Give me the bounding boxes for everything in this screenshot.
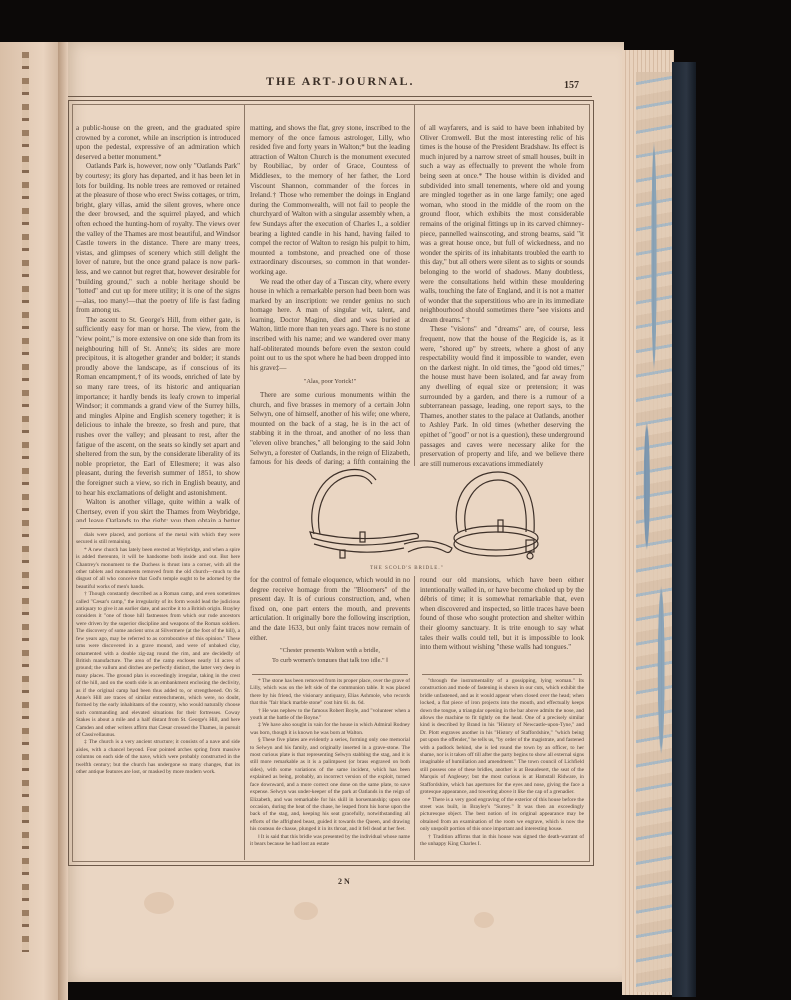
footnote: dials were placed, and portions of the m… — [76, 532, 240, 547]
column-right: of all wayfarers, and is said to have be… — [420, 124, 584, 468]
column-left: a public-house on the green, and the gra… — [76, 124, 240, 522]
footnotes-lower-right: "through the instrumentality of a gossip… — [420, 678, 584, 858]
footnote: * The stone has been removed from its pr… — [250, 678, 410, 708]
paragraph: There are some curious monuments within … — [250, 391, 410, 468]
paragraph: matting, and shows the flat, grey stone,… — [250, 124, 410, 278]
paragraph: round our old mansions, which have been … — [420, 576, 584, 653]
footnote: ‡ The church is a very ancient structure… — [76, 739, 240, 776]
header-rule — [68, 96, 592, 97]
footnote: ‡ We have also sought in vain for the ho… — [250, 722, 410, 737]
paragraph: These "visions" and "dreams" are, of cou… — [420, 325, 584, 468]
column-divider — [414, 576, 415, 860]
footnote-rule — [422, 674, 582, 675]
footnote: § These five plates are evidently a seri… — [250, 737, 410, 833]
book-cover — [672, 62, 696, 997]
footnote: * A new church has lately been erected a… — [76, 547, 240, 591]
scolds-bridle-illustration — [300, 466, 550, 566]
illustration-caption: THE SCOLD'S BRIDLE." — [370, 566, 444, 571]
footnote-rule — [80, 528, 236, 529]
footnote-rule — [252, 674, 408, 675]
column-divider — [414, 104, 415, 466]
column-lower-middle: for the control of female eloquence, whi… — [250, 576, 410, 662]
paragraph: a public-house on the green, and the gra… — [76, 124, 240, 162]
page-number: 157 — [564, 80, 579, 91]
column-middle: matting, and shows the flat, grey stone,… — [250, 124, 410, 468]
footnote: † Tradition affirms that in this house w… — [420, 834, 584, 849]
paragraph: Walton is another village, quite within … — [76, 498, 240, 522]
quotation: "Alas, poor Yorick!" — [250, 377, 410, 387]
quotation-line: To curb women's tongues that talk too id… — [250, 656, 410, 662]
footnotes-lower-middle: * The stone has been removed from its pr… — [250, 678, 410, 858]
signature-mark: 2 N — [338, 877, 350, 886]
worn-page-edge — [22, 52, 29, 952]
footnote: † He was nephew to the famous Robert Boy… — [250, 708, 410, 723]
column-lower-right: round our old mansions, which have been … — [420, 576, 584, 664]
marbled-edge — [636, 72, 672, 992]
paragraph: The ascent to St. George's Hill, from ei… — [76, 316, 240, 498]
book-gutter — [58, 42, 68, 1000]
quotation-line: "Chester presents Walton with a bridle, — [250, 646, 410, 656]
paragraph: for the control of female eloquence, whi… — [250, 576, 410, 643]
running-head: THE ART-JOURNAL. — [266, 74, 415, 89]
footnote: ‖ It is said that this bridle was presen… — [250, 834, 410, 849]
left-facing-page — [0, 42, 62, 1000]
footnote: † Though constantly described as a Roman… — [76, 591, 240, 739]
paragraph: of all wayfarers, and is said to have be… — [420, 124, 584, 325]
footnotes-left: dials were placed, and portions of the m… — [76, 532, 240, 858]
footnote: * There is a very good engraving of the … — [420, 797, 584, 834]
column-divider — [244, 104, 245, 860]
footnote: "through the instrumentality of a gossip… — [420, 678, 584, 797]
paragraph: Oatlands Park is, however, now only "Oat… — [76, 162, 240, 316]
paragraph: We read the other day of a Tuscan city, … — [250, 278, 410, 374]
